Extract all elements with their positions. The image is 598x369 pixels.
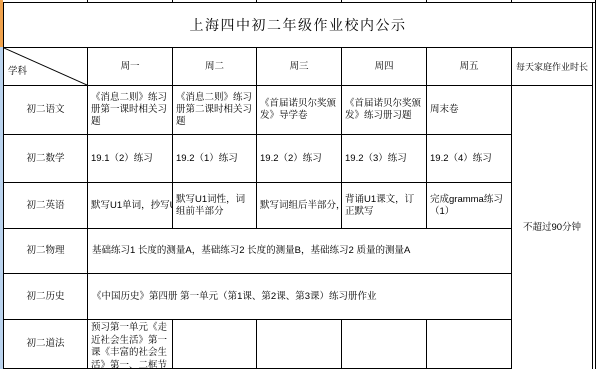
cell-english-fri: 完成gramma练习（1） xyxy=(427,183,512,229)
cell-chinese-tue: 《消息二则》练习册第二课时相关习题 xyxy=(173,86,257,135)
header-duration: 每天家庭作业时长 xyxy=(512,48,592,86)
cell-history-week: 《中国历史》第四册 第一单元（第1课、第2课、第3课）练习册作业 xyxy=(88,274,512,320)
cell-math-tue: 19.2（1）练习 xyxy=(173,135,257,183)
cell-chinese-mon: 《消息二则》练习册第一课时相关习题 xyxy=(88,86,173,135)
header-thursday: 周四 xyxy=(342,48,427,86)
subject-morality: 初二道法 xyxy=(4,320,88,369)
subject-chinese: 初二语文 xyxy=(4,86,88,135)
header-friday: 周五 xyxy=(427,48,512,86)
clipped-right-column-border xyxy=(595,0,596,369)
cell-english-tue: 默写U1词性，词组前半部分 xyxy=(173,183,257,229)
cell-chinese-fri: 周末卷 xyxy=(427,86,512,135)
subject-math: 初二数学 xyxy=(4,135,88,183)
corner-cell-subject: 学科 xyxy=(4,48,88,86)
cell-physics-week: 基础练习1 长度的测量A，基础练习2 长度的测量B，基础练习2 质量的测量A xyxy=(88,229,512,274)
subject-english: 初二英语 xyxy=(4,183,88,229)
cell-morality-thu xyxy=(342,320,427,369)
subject-physics: 初二物理 xyxy=(4,229,88,274)
cell-math-thu: 19.2（3）练习 xyxy=(342,135,427,183)
cell-english-wed: 默写词组后半部分，订正 xyxy=(257,183,342,229)
cell-math-fri: 19.2（4）练习 xyxy=(427,135,512,183)
corner-label: 学科 xyxy=(8,66,27,78)
cell-morality-fri xyxy=(427,320,512,369)
cell-math-mon: 19.1（2）练习 xyxy=(88,135,173,183)
cell-morality-mon: 预习第一单元《走近社会生活》第一课《丰富的社会生活》第一、二框节的教学内容 xyxy=(88,320,173,369)
cell-english-mon: 默写U1单词，抄写U1词组 xyxy=(88,183,173,229)
cell-math-wed: 19.2（2）练习 xyxy=(257,135,342,183)
cell-chinese-thu: 《首届诺贝尔奖颁发》练习册习题 xyxy=(342,86,427,135)
page-title: 上海四中初二年级作业校内公示 xyxy=(4,3,592,48)
homework-table: 上海四中初二年级作业校内公示 学科 周一 周二 周三 周四 周五 每天家庭作业时… xyxy=(3,2,593,369)
header-monday: 周一 xyxy=(88,48,173,86)
cell-chinese-wed: 《首届诺贝尔奖颁发》导学卷 xyxy=(257,86,342,135)
subject-history: 初二历史 xyxy=(4,274,88,320)
cell-morality-tue xyxy=(173,320,257,369)
header-wednesday: 周三 xyxy=(257,48,342,86)
header-tuesday: 周二 xyxy=(173,48,257,86)
cell-morality-wed xyxy=(257,320,342,369)
cell-english-thu: 背诵U1课文，订正默写 xyxy=(342,183,427,229)
homework-notice-screenshot: 上海四中初二年级作业校内公示 学科 周一 周二 周三 周四 周五 每天家庭作业时… xyxy=(0,0,598,369)
duration-note-cell: 不超过90分钟 xyxy=(512,86,592,369)
